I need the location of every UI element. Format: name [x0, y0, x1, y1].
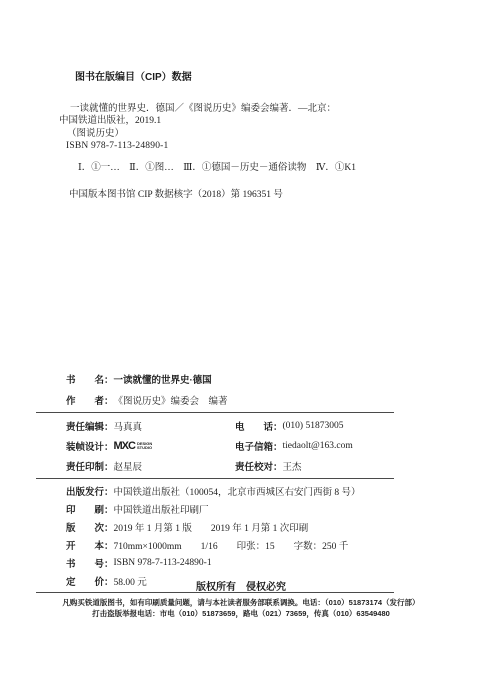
colophon-block: 书 名：一读就懂的世界史·德国 作 者：《图说历史》编委会 编著 责任编辑：马真…	[36, 368, 394, 596]
design-studio-logo-sub2: STUDIO	[137, 446, 152, 450]
editor-value: 马真真	[114, 419, 143, 433]
cip-entry-line2: 中国铁道出版社，2019.1	[59, 115, 438, 128]
email-label: 电子信箱：	[235, 439, 283, 453]
printer-row: 印 刷：中国铁道出版社印刷厂	[36, 500, 394, 518]
book-title-row: 书 名：一读就懂的世界史·德国	[36, 368, 394, 389]
publisher-row: 出版发行：中国铁道出版社（100054，北京市西城区右安门西街 8 号）	[36, 482, 394, 500]
proofreader-value: 王杰	[283, 459, 302, 473]
email-value: tiedaolt@163.com	[283, 441, 353, 451]
service-fineprint: 凡购买铁道版图书，如有印刷质量问题，请与本社读者服务部联系调换。电话：（010）…	[0, 597, 482, 619]
design-studio-logo: MXC DESIGN STUDIO	[114, 441, 153, 452]
staff-row-design: 装帧设计： MXC DESIGN STUDIO 电子信箱：tiedaolt@16…	[36, 436, 394, 456]
cip-record-number: 中国版本图书馆 CIP 数据核字（2018）第 196351 号	[69, 189, 438, 202]
design-label: 装帧设计：	[66, 439, 114, 453]
divider-rule-top	[36, 412, 394, 413]
book-title-label: 书 名：	[66, 372, 114, 386]
edition-value: 2019 年 1 月第 1 版 2019 年 1 月第 1 次印刷	[114, 520, 309, 534]
author-row: 作 者：《图说历史》编委会 编著	[36, 389, 394, 410]
publisher-value: 中国铁道出版社（100054，北京市西城区右安门西街 8 号）	[114, 484, 361, 498]
proofreader-label: 责任校对：	[235, 459, 283, 473]
cip-data-block: 图书在版编目（CIP）数据 一读就懂的世界史．德国／《图说历史》编委会编著．—北…	[58, 72, 438, 202]
isbn-value: ISBN 978-7-113-24890-1	[114, 558, 212, 568]
isbn-row: 书 号：ISBN 978-7-113-24890-1	[36, 554, 394, 572]
divider-rule-middle	[36, 478, 394, 479]
editor-label: 责任编辑：	[66, 419, 114, 433]
format-row: 开 本：710mm×1000mm 1/16 印张：15 字数：250 千	[36, 536, 394, 554]
cip-series-note: （图说历史）	[67, 128, 438, 141]
edition-row: 版 次：2019 年 1 月第 1 版 2019 年 1 月第 1 次印刷	[36, 518, 394, 536]
cip-heading: 图书在版编目（CIP）数据	[75, 72, 438, 85]
phone-value: (010) 51873005	[283, 421, 344, 431]
fineprint-line2: 打击盗版举报电话：市电（010）51873659，路电（021）73659，传真…	[0, 608, 482, 619]
copyright-page: { "cip": { "heading": "图书在版编目（CIP）数据", "…	[0, 0, 482, 681]
isbn-label: 书 号：	[66, 556, 114, 570]
copyright-notice: 版权所有 侵权必究	[0, 578, 482, 593]
print-supervisor-label: 责任印制：	[66, 459, 114, 473]
design-studio-logo-subtext: DESIGN STUDIO	[137, 442, 152, 450]
fineprint-line1: 凡购买铁道版图书，如有印刷质量问题，请与本社读者服务部联系调换。电话：（010）…	[0, 597, 482, 608]
edition-label: 版 次：	[66, 520, 114, 534]
phone-label: 电 话：	[235, 419, 283, 433]
printer-value: 中国铁道出版社印刷厂	[114, 502, 209, 516]
book-title-value: 一读就懂的世界史·德国	[114, 372, 212, 386]
author-label: 作 者：	[66, 393, 114, 407]
staff-row-editor: 责任编辑：马真真 电 话：(010) 51873005	[36, 416, 394, 436]
format-value: 710mm×1000mm 1/16 印张：15 字数：250 千	[114, 538, 349, 552]
staff-row-print: 责任印制：赵星辰 责任校对：王杰	[36, 456, 394, 476]
design-studio-logo-text: MXC	[114, 441, 135, 452]
cip-classification: Ⅰ．①一… Ⅱ．①图… Ⅲ．①德国－历史－通俗读物 Ⅳ．①K1	[78, 162, 438, 175]
printer-label: 印 刷：	[66, 502, 114, 516]
copyright-footer: 版权所有 侵权必究 凡购买铁道版图书，如有印刷质量问题，请与本社读者服务部联系调…	[0, 576, 482, 619]
publisher-label: 出版发行：	[66, 484, 114, 498]
format-label: 开 本：	[66, 538, 114, 552]
author-value: 《图说历史》编委会 编著	[114, 393, 228, 407]
print-supervisor-value: 赵星辰	[114, 459, 143, 473]
cip-isbn: ISBN 978-7-113-24890-1	[66, 140, 438, 153]
cip-entry-line1: 一读就懂的世界史．德国／《图说历史》编委会编著．—北京：	[70, 103, 438, 116]
